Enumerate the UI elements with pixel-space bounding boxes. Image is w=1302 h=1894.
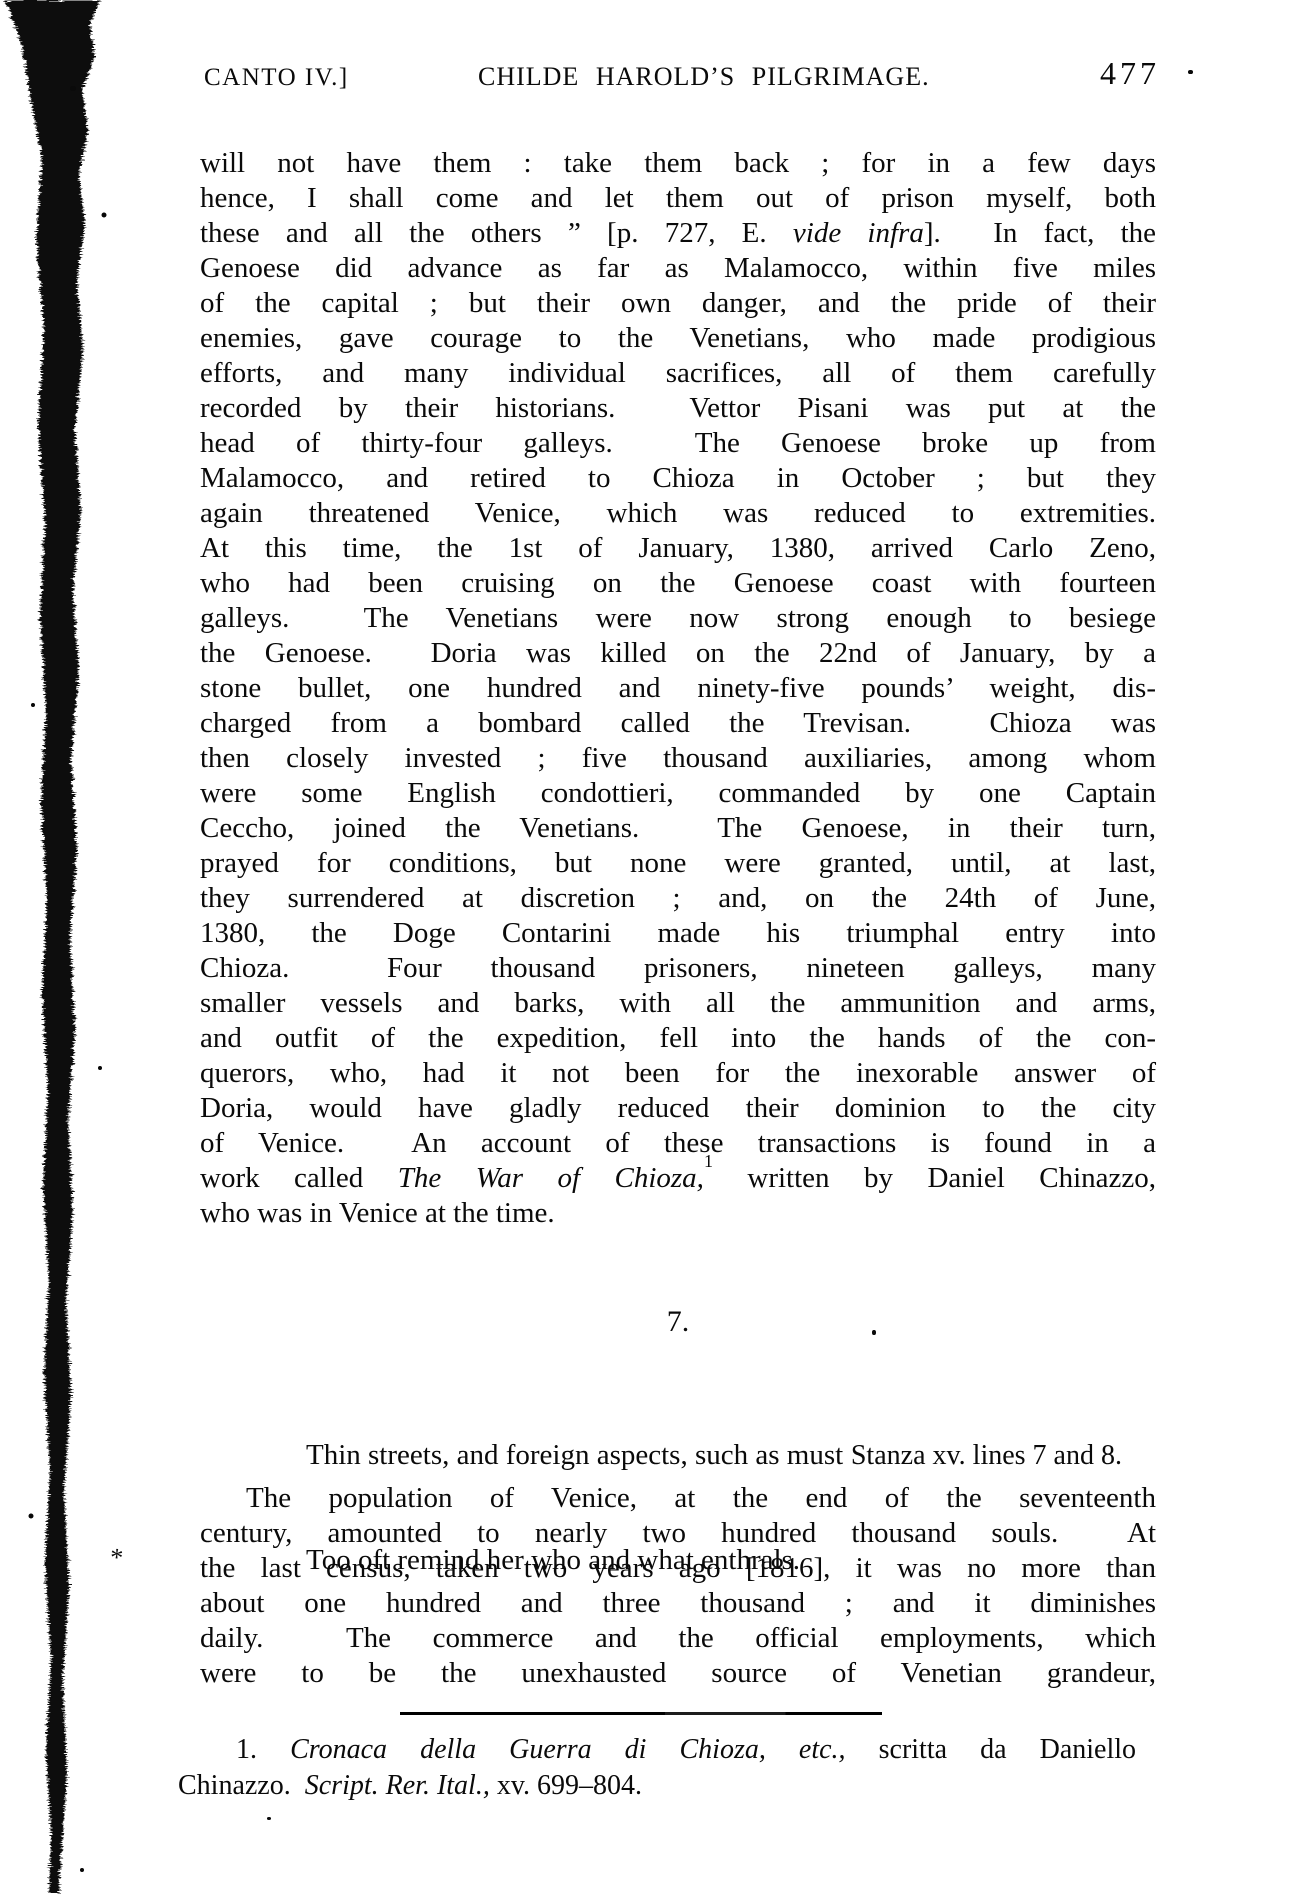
text-line: century, amounted to nearly two hundred … [200,1516,1156,1551]
text-line: then closely invested ; five thousand au… [200,741,1156,776]
verse-attribution: Stanza xv. lines 7 and 8. [200,1440,1122,1472]
note-paragraph-6: will not have them : take them back ; fo… [200,146,1156,1231]
text-line: Ceccho, joined the Venetians. The Genoes… [200,811,1156,846]
text-line: the last census, taken two years ago [18… [200,1551,1156,1586]
text-line: Chinazzo. Script. Rer. Ital., xv. 699–80… [178,1768,1136,1804]
text-line: The population of Venice, at the end of … [200,1481,1156,1516]
margin-asterisk: * [109,1543,124,1574]
text-line: were some English condottieri, commanded… [200,776,1156,811]
text-line: enemies, gave courage to the Venetians, … [200,321,1156,356]
text-line: recorded by their historians. Vettor Pis… [200,391,1156,426]
book-page: CANTO IV.] CHILDE HAROLD’S PILGRIMAGE. 4… [0,0,1302,1894]
text-line: of Venice. An account of these transacti… [200,1126,1156,1161]
scan-speck [70,86,76,91]
text-line: daily. The commerce and the official emp… [200,1621,1156,1656]
text-line: Malamocco, and retired to Chioza in Octo… [200,461,1156,496]
text-line: Genoese did advance as far as Malamocco,… [200,251,1156,286]
note-paragraph-7: The population of Venice, at the end of … [200,1481,1156,1691]
text-line: hence, I shall come and let them out of … [200,181,1156,216]
text-line: 1. Cronaca della Guerra di Chioza, etc.,… [178,1732,1136,1768]
text-line: prayed for conditions, but none were gra… [200,846,1156,881]
text-line: who was in Venice at the time. [200,1196,1156,1231]
text-line: will not have them : take them back ; fo… [200,146,1156,181]
text-line: At this time, the 1st of January, 1380, … [200,531,1156,566]
text-line: head of thirty-four galleys. The Genoese… [200,426,1156,461]
text-line: galleys. The Venetians were now strong e… [200,601,1156,636]
scan-speck [267,1817,271,1820]
text-line: work called The War of Chioza,1 written … [200,1161,1156,1196]
section-number: 7. [200,1305,1156,1339]
text-line: querors, who, had it not been for the in… [200,1056,1156,1091]
footnote-rule [400,1712,882,1715]
header-title: CHILDE HAROLD’S PILGRIMAGE. [478,62,930,92]
text-line: were to be the unexhausted source of Ven… [200,1656,1156,1691]
text-line: smaller vessels and barks, with all the … [200,986,1156,1021]
scan-speck [1188,70,1193,74]
text-line: again threatened Venice, which was reduc… [200,496,1156,531]
text-line: the Genoese. Doria was killed on the 22n… [200,636,1156,671]
text-line: efforts, and many individual sacrifices,… [200,356,1156,391]
text-line: they surrendered at discretion ; and, on… [200,881,1156,916]
scan-gutter-artifact [0,0,140,1894]
text-line: who had been cruising on the Genoese coa… [200,566,1156,601]
text-line: 1380, the Doge Contarini made his triump… [200,916,1156,951]
text-line: these and all the others ” [p. 727, E. v… [200,216,1156,251]
text-line: and outfit of the expedition, fell into … [200,1021,1156,1056]
text-line: of the capital ; but their own danger, a… [200,286,1156,321]
text-line: charged from a bombard called the Trevis… [200,706,1156,741]
text-line: stone bullet, one hundred and ninety-fiv… [200,671,1156,706]
text-line: Doria, would have gladly reduced their d… [200,1091,1156,1126]
text-line: about one hundred and three thousand ; a… [200,1586,1156,1621]
footnote: 1. Cronaca della Guerra di Chioza, etc.,… [178,1732,1136,1804]
header-page-number: 477 [1100,55,1160,92]
header-canto: CANTO IV.] [204,64,349,92]
text-line: Chioza. Four thousand prisoners, ninetee… [200,951,1156,986]
